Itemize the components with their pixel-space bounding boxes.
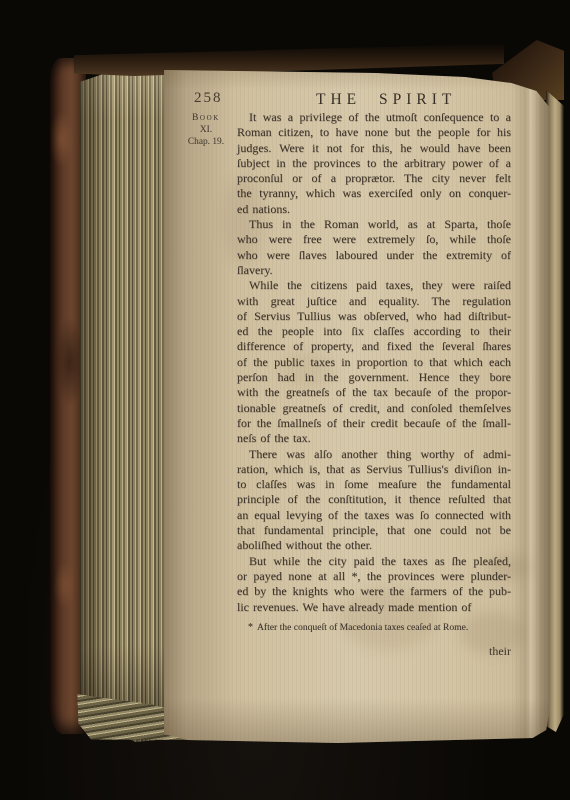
text-line: with great juſtice and equality. The reg… (237, 294, 511, 309)
paragraph: While the citizens paid taxes, they were… (237, 278, 511, 446)
paragraph: Thus in the Roman world, as at Sparta, t… (237, 217, 511, 278)
paragraph: But while the city paid the taxes as ſhe… (237, 554, 511, 615)
text-line: ration, which is, that as Servius Tulliu… (237, 462, 511, 477)
book-page: 258 THE SPIRIT Book XI. Chap. 19. It was… (164, 56, 550, 744)
text-line: to claſſes was in ſome meaſure the funda… (237, 477, 511, 492)
catchword: their (237, 644, 511, 659)
text-line: of Servius Tullius was obſerved, who had… (237, 309, 511, 324)
text-line: lic revenues. We have already made menti… (237, 600, 511, 615)
page-number: 258 (194, 90, 223, 107)
text-line: perſon had in the government. Hence they… (237, 370, 511, 385)
text-line: who were free were extremely ſo, while t… (237, 232, 511, 247)
text-line: judges. Were it not for this, he would h… (237, 141, 511, 156)
text-line: Thus in the Roman world, as at Sparta, t… (237, 217, 511, 232)
text-line: ſlavery. (237, 263, 511, 278)
text-line: ſubject in the provinces to the arbitrar… (237, 156, 511, 171)
running-title: THE SPIRIT (316, 91, 456, 109)
text-line: for the ſmallneſs of their credit becauſ… (237, 416, 511, 431)
margin-note-chapter: Chap. 19. (174, 137, 238, 149)
text-line: ed by the knights who were the farmers o… (237, 584, 511, 599)
text-line: neſs of the tax. (237, 431, 511, 446)
text-line: Roman citizen, to have none but the peop… (237, 125, 511, 140)
text-line: ed the people into ſix claſſes according… (237, 324, 511, 339)
text-line: aboliſhed without the other. (237, 538, 511, 553)
text-line: who were ſlaves laboured under the extre… (237, 248, 511, 263)
text-line: It was a privilege of the utmoſt conſequ… (237, 110, 511, 125)
margin-note: Book XI. Chap. 19. (174, 113, 238, 148)
text-line: proconſul or of a proprætor. The city ne… (237, 171, 511, 186)
body-text: It was a privilege of the utmoſt conſequ… (237, 110, 511, 615)
text-line: of the public taxes in proportion to tha… (237, 355, 511, 370)
text-line: the tyranny, which was exerciſed only on… (237, 186, 511, 201)
text-line: But while the city paid the taxes as ſhe… (237, 554, 511, 569)
footnote-text: After the conqueſt of Macedonia taxes ce… (257, 622, 468, 633)
text-line: with the greatneſs of the tax becauſe of… (237, 385, 511, 400)
paragraph: There was alſo another thing worthy of a… (237, 447, 511, 554)
footnote: *After the conqueſt of Macedonia taxes c… (248, 622, 500, 633)
margin-note-book: Book (174, 113, 238, 125)
page-fore-edge-stack (80, 52, 172, 742)
margin-note-numeral: XI. (174, 125, 238, 137)
text-line: tionable greatneſs of credit, and conſol… (237, 401, 511, 416)
text-line: that fundamental principle, that one cou… (237, 523, 511, 538)
paragraph: It was a privilege of the utmoſt conſequ… (237, 110, 511, 217)
footnote-marker: * (248, 622, 257, 633)
text-line: There was alſo another thing worthy of a… (237, 447, 511, 462)
book-top-edge (74, 44, 504, 76)
text-line: principle of the conſtitution, it thence… (237, 492, 511, 507)
text-line: While the citizens paid taxes, they were… (237, 278, 511, 293)
text-line: difference of property, and fixed the ſe… (237, 339, 511, 354)
photo-background: 258 THE SPIRIT Book XI. Chap. 19. It was… (0, 0, 570, 800)
text-line: or payed none at all *, the provinces we… (237, 569, 511, 584)
text-line: an equal levying of the taxes was ſo con… (237, 508, 511, 523)
text-line: ed nations. (237, 202, 511, 217)
